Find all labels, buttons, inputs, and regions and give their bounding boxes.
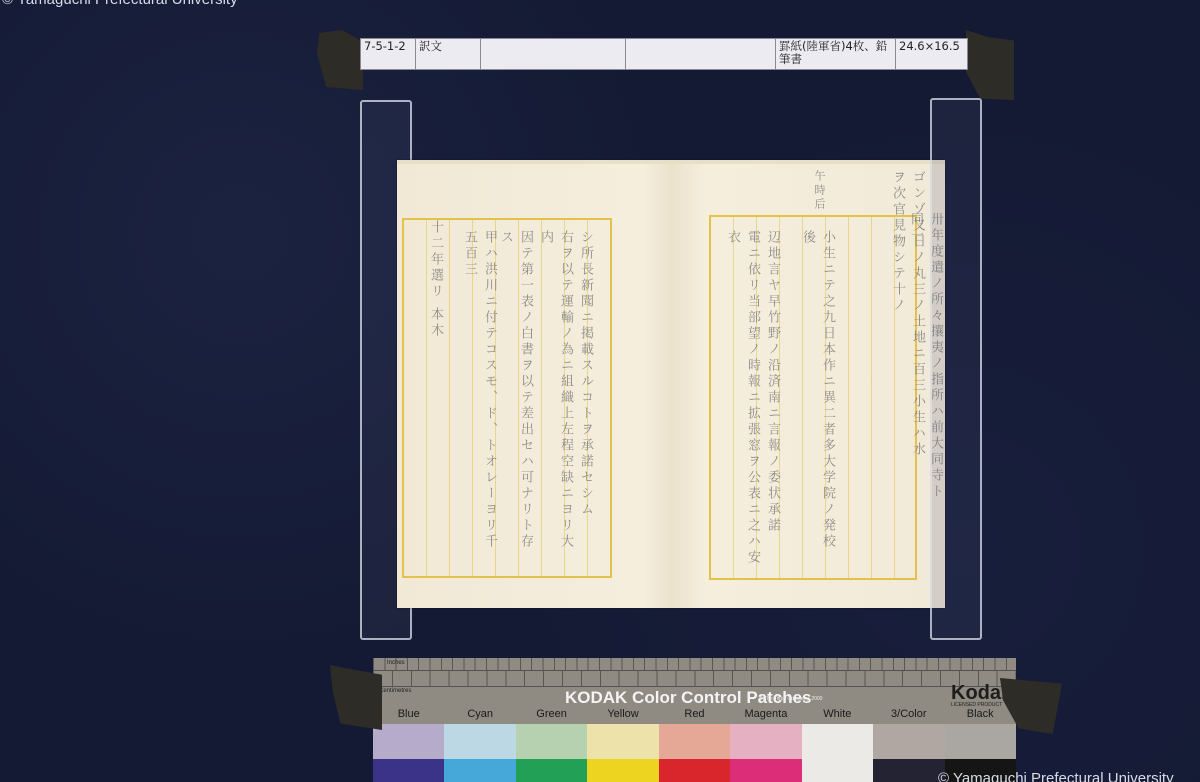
patch-cyan [444, 724, 515, 782]
tape-top-left [317, 30, 363, 90]
acrylic-weight-right [930, 98, 982, 640]
label-cell-id: 7-5-1-2 [361, 39, 416, 69]
handwriting-column: 因テ第一表ノ白書ヲ以テ差出セハ可ナリト存ス [495, 230, 535, 550]
handwritten-document: 卅年度遣ノ所々攘夷ノ指所ハ前大同寺ト同一 ゴンゾ又日ノ丸三ノ土地ニ百三小生ハ水ヲ… [397, 160, 945, 608]
handwriting-column: 辺地言ヤ早竹野ノ沿済南ニ言報ノ委状承諾 [762, 230, 782, 560]
handwriting-column: 右ヲ以テ運輸ノ為ニ組織上左程空缺ニヨリ大内 [535, 230, 575, 560]
ruler: Inches [373, 658, 1016, 687]
label-cell-material: 罫紙(陸軍省)4枚、鉛筆書 [776, 39, 896, 69]
patch-label-magenta: Magenta [730, 708, 801, 720]
copyright-credit-bottom: © Yamaguchi Prefectural University [938, 770, 1174, 782]
patch-blue [373, 724, 444, 782]
ruler-centimetres [373, 671, 1016, 686]
patch-green [516, 724, 587, 782]
kodak-copyright: © The Tiffen Company, 2000 [759, 696, 822, 702]
tape-top-right [966, 30, 1014, 100]
patch-label-3color: 3/Color [873, 708, 944, 720]
catalog-label-strip: 7-5-1-2 訳文 罫紙(陸軍省)4枚、鉛筆書 24.6×16.5 [360, 38, 968, 70]
patch-label-yellow: Yellow [587, 708, 658, 720]
patch-label-red: Red [659, 708, 730, 720]
handwriting-column: 小生ニテ之九日本作ニ異二者多大学院ノ発校後 [797, 230, 837, 560]
patch-label-blue: Blue [373, 708, 444, 720]
handwriting-column: ゴンゾ又日ノ丸三ノ土地ニ百三小生ハ水ヲ次官見物シテ十ノ [887, 170, 927, 470]
patch-3color [873, 724, 944, 782]
patch-label-black: Black [945, 708, 1016, 720]
centimetres-label: Centimetres [379, 688, 411, 694]
handwriting-column: 十二年選リ 本木 [425, 220, 445, 560]
tape-bottom-left [330, 665, 382, 730]
patch-label-white: White [802, 708, 873, 720]
patch-label-green: Green [516, 708, 587, 720]
label-cell-empty-2 [626, 39, 776, 69]
patch-labels: Blue Cyan Green Yellow Red Magenta White… [373, 708, 1016, 720]
patch-label-cyan: Cyan [444, 708, 515, 720]
handwriting-column: シ所長新聞ニ掲載スルコトヲ承諾セシム [575, 230, 595, 560]
label-cell-dimensions: 24.6×16.5 [896, 39, 967, 69]
patch-red [659, 724, 730, 782]
patch-magenta [730, 724, 801, 782]
patch-yellow [587, 724, 658, 782]
handwriting-column: 電ニ依リ当部望ノ時報ニ拡張窓ヲ公表ニ之ハ安衣 [722, 230, 762, 570]
color-patches [373, 724, 1016, 782]
label-cell-type: 訳文 [416, 39, 481, 69]
patch-white [802, 724, 873, 782]
label-cell-empty-1 [481, 39, 626, 69]
inches-label: Inches [387, 660, 405, 666]
copyright-credit-top: © Yamaguchi Prefectural University [2, 0, 238, 8]
handwriting-column: 午時后 [809, 170, 829, 230]
handwriting-column: 甲ハ洪川ニ付テコスモ、ド、トオレーヨリ千五百三 [459, 230, 499, 560]
ruler-inches [373, 658, 1016, 671]
kodak-color-control-strip: Inches Centimetres KODAK Color Control P… [373, 658, 1016, 782]
